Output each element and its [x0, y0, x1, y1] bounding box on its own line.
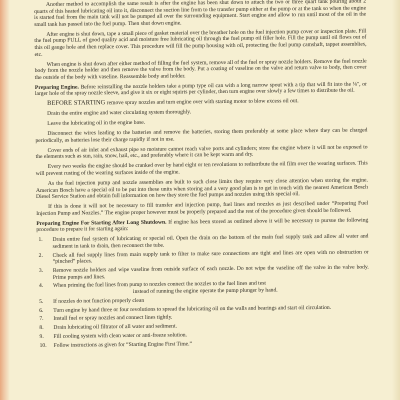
list-item: 4.When priming the fuel lines from pump … — [37, 280, 369, 297]
step-number: 9. — [37, 334, 53, 341]
step-text: Drain entire fuel system of lubricating … — [52, 234, 368, 250]
step-number: 7. — [37, 316, 53, 323]
paragraph-cover-ends: Cover ends of air inlet and exhaust pipe… — [36, 144, 368, 161]
step-text: Check all fuel supply lines from main su… — [53, 249, 369, 265]
paragraph-if-done: If this is done it will not be necessary… — [36, 201, 368, 218]
step-number: 6. — [37, 307, 53, 314]
paragraph-preparing-engine: Preparing Engine. Before reinstalling th… — [35, 81, 367, 98]
step-number: 2. — [37, 252, 53, 265]
step-number: 8. — [37, 325, 53, 332]
step-number: 10. — [38, 343, 54, 350]
paragraph-heated-oil-method: Another method to accomplish the same re… — [34, 0, 366, 28]
before-starting-text: remove spray nozzles and turn engine ove… — [105, 99, 298, 107]
list-item: 2.Check all fuel supply lines from main … — [37, 249, 369, 266]
list-item: 3.Remove nozzle holders and wipe vaselin… — [37, 265, 369, 282]
page-edge-right — [392, 0, 400, 400]
step-number: 4. — [37, 283, 53, 296]
list-item: 1.Drain entire fuel system of lubricatin… — [36, 234, 368, 251]
paragraph-batteries: Disconnect the wires leading to the batt… — [35, 128, 367, 145]
paragraph-crank-weekly: Every two weeks the engine should be cra… — [36, 161, 368, 178]
step-text: Follow instructions as given for “Starti… — [54, 339, 370, 349]
step-number: 1. — [36, 237, 52, 250]
paragraph-bosch-oil: As the fuel injection pump and nozzle as… — [36, 177, 368, 200]
paragraph-leave-oil: Leave the lubricating oil in the engine … — [35, 118, 367, 128]
page-edge-left — [0, 0, 10, 400]
shutdown-steps-list: 1.Drain entire fuel system of lubricatin… — [36, 234, 369, 349]
list-item: 10.Follow instructions as given for “Sta… — [38, 339, 370, 349]
paragraph-remove-nozzle-holders: When engine is shut down after either me… — [35, 58, 367, 81]
document-page: Another method to accomplish the same re… — [34, 0, 370, 351]
paragraph-drain-engine: Drain the entire engine and water circul… — [35, 108, 367, 118]
paragraph-before-starting: BEFORE STARTING remove spray nozzles and… — [35, 98, 367, 108]
preparing-engine-text: Before reinstalling the nozzle holders t… — [35, 81, 367, 97]
paragraph-long-shutdown: Preparing Engine For Starting After Long… — [36, 217, 368, 234]
step-text: Remove nozzle holders and wipe vaseline … — [53, 265, 369, 281]
paragraph-fill-fuel-pump: After engine is shut down, tape a small … — [34, 28, 366, 58]
before-starting-caps: BEFORE STARTING — [47, 100, 105, 108]
step-number: 5. — [37, 299, 53, 306]
step-number: 3. — [37, 268, 53, 281]
step-text-group: When priming the fuel lines from pump to… — [53, 280, 369, 296]
